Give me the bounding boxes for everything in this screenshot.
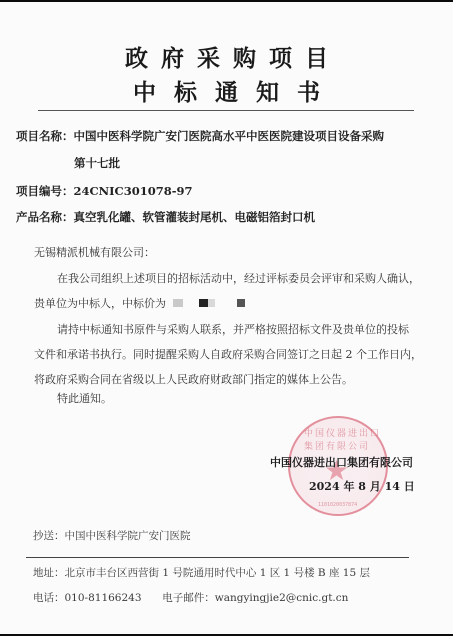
project-name-label: 项目名称： xyxy=(16,128,74,144)
product-name-value: 真空乳化罐、软管灌装封尾机、电磁铝箔封口机 xyxy=(74,210,316,224)
cc-line: 抄送：中国中医科学院广安门医院 xyxy=(33,528,191,543)
body-para2-line1: 请持中标通知书原件与采购人联系，并严格按照招标文件及贵单位的投标 xyxy=(57,321,409,337)
closing-text: 特此通知。 xyxy=(57,390,112,406)
project-number-label: 项目编号： xyxy=(16,183,74,199)
body-para2-line3: 将政府采购合同在省级以上人民政府财政部门指定的媒体上公告。 xyxy=(34,371,353,387)
issue-date: 2024 年 8 月 14 日 xyxy=(309,478,415,494)
project-number-field: 项目编号：24CNIC301078-97 xyxy=(16,183,193,199)
email-address: wangyingjie2@cnic.gt.cn xyxy=(215,592,349,604)
header-divider xyxy=(38,110,414,111)
footer-divider xyxy=(26,557,409,558)
contact-line: 电话：010-81166243 电子邮件：wangyingjie2@cnic.g… xyxy=(33,590,348,605)
project-name-value-line2: 第十七批 xyxy=(74,155,120,171)
seal-number: 1101020037874 xyxy=(318,502,357,508)
product-name-field: 产品名称：真空乳化罐、软管灌装封尾机、电磁铝箔封口机 xyxy=(16,209,315,225)
issuer-name: 中国仪器进出口集团有限公司 xyxy=(270,454,413,470)
recipient-company: 无锡精派机械有限公司： xyxy=(34,244,155,260)
document-title-line2: 中标通知书 xyxy=(0,74,453,107)
seal-text: 中国仪器进出口集团有限公司 xyxy=(304,426,386,452)
body-para2-line2: 文件和承诺书执行。同时提醒采购人自政府采购合同签订之日起 2 个工作日内， xyxy=(34,346,422,362)
project-name-value: 中国中医科学院广安门医院高水平中医医院建设项目设备采购 xyxy=(74,129,385,143)
project-number-value: 24CNIC301078-97 xyxy=(74,184,193,198)
notice-page: 政府采购项目 中标通知书 项目名称：中国中医科学院广安门医院高水平中医医院建设项… xyxy=(0,2,453,634)
project-name-field: 项目名称：中国中医科学院广安门医院高水平中医医院建设项目设备采购 xyxy=(16,128,384,144)
product-name-label: 产品名称： xyxy=(16,209,74,225)
email-label: 电子邮件： xyxy=(162,592,215,604)
address-line: 地址：北京市丰台区西营街 1 号院通用时代中心 1 区 1 号楼 B 座 15 … xyxy=(33,565,370,580)
phone-label: 电话： xyxy=(33,592,65,604)
phone-number: 010-81166243 xyxy=(65,592,142,604)
body-para1-line2: 贵单位为中标人，中标价为 xyxy=(34,295,166,311)
document-title-line1: 政府采购项目 xyxy=(0,40,453,73)
body-para1-line1: 在我公司组织上述项目的招标活动中，经过评标委员会评审和采购人确认， xyxy=(57,270,420,286)
